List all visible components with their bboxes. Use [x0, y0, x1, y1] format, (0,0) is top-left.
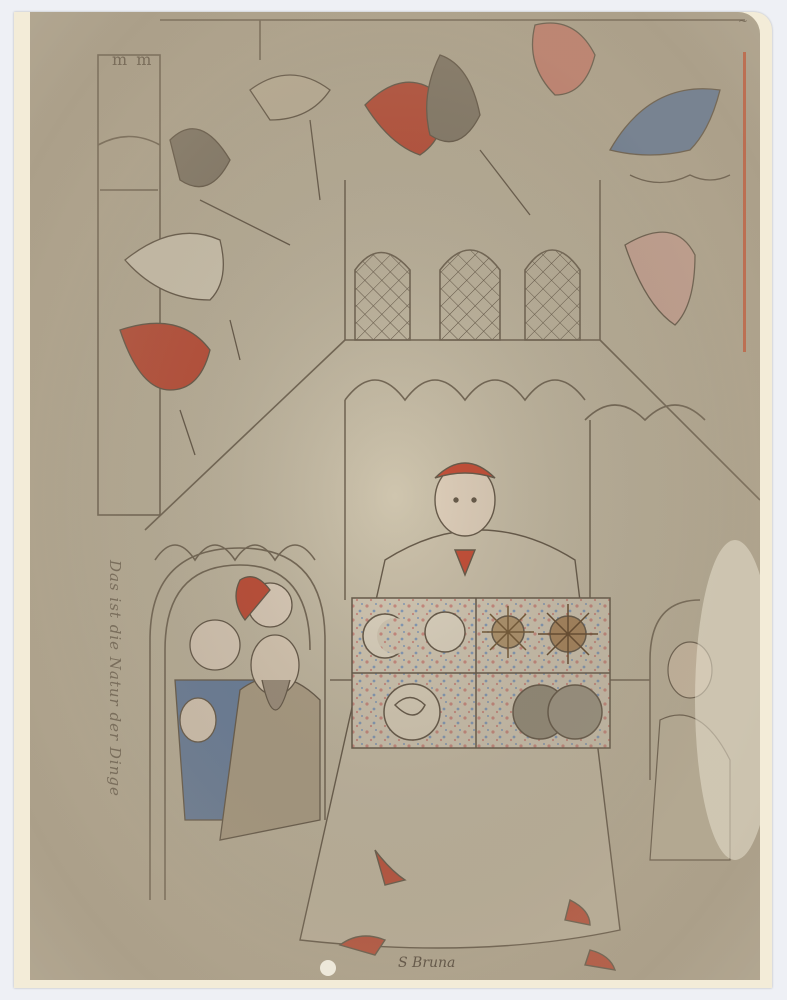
artwork-stage: Das ist die Natur der Dinge S Bruna ~ m … — [0, 0, 787, 1000]
corner-mark: ~ — [738, 14, 748, 28]
drawing-illustration — [30, 12, 760, 980]
signature-mark: S Bruna — [398, 955, 455, 971]
paper-edge-red — [743, 52, 746, 352]
tower-marking: m m — [112, 50, 153, 69]
vertical-inscription: Das ist die Natur der Dinge — [100, 560, 124, 920]
drawing-paper — [30, 12, 760, 980]
